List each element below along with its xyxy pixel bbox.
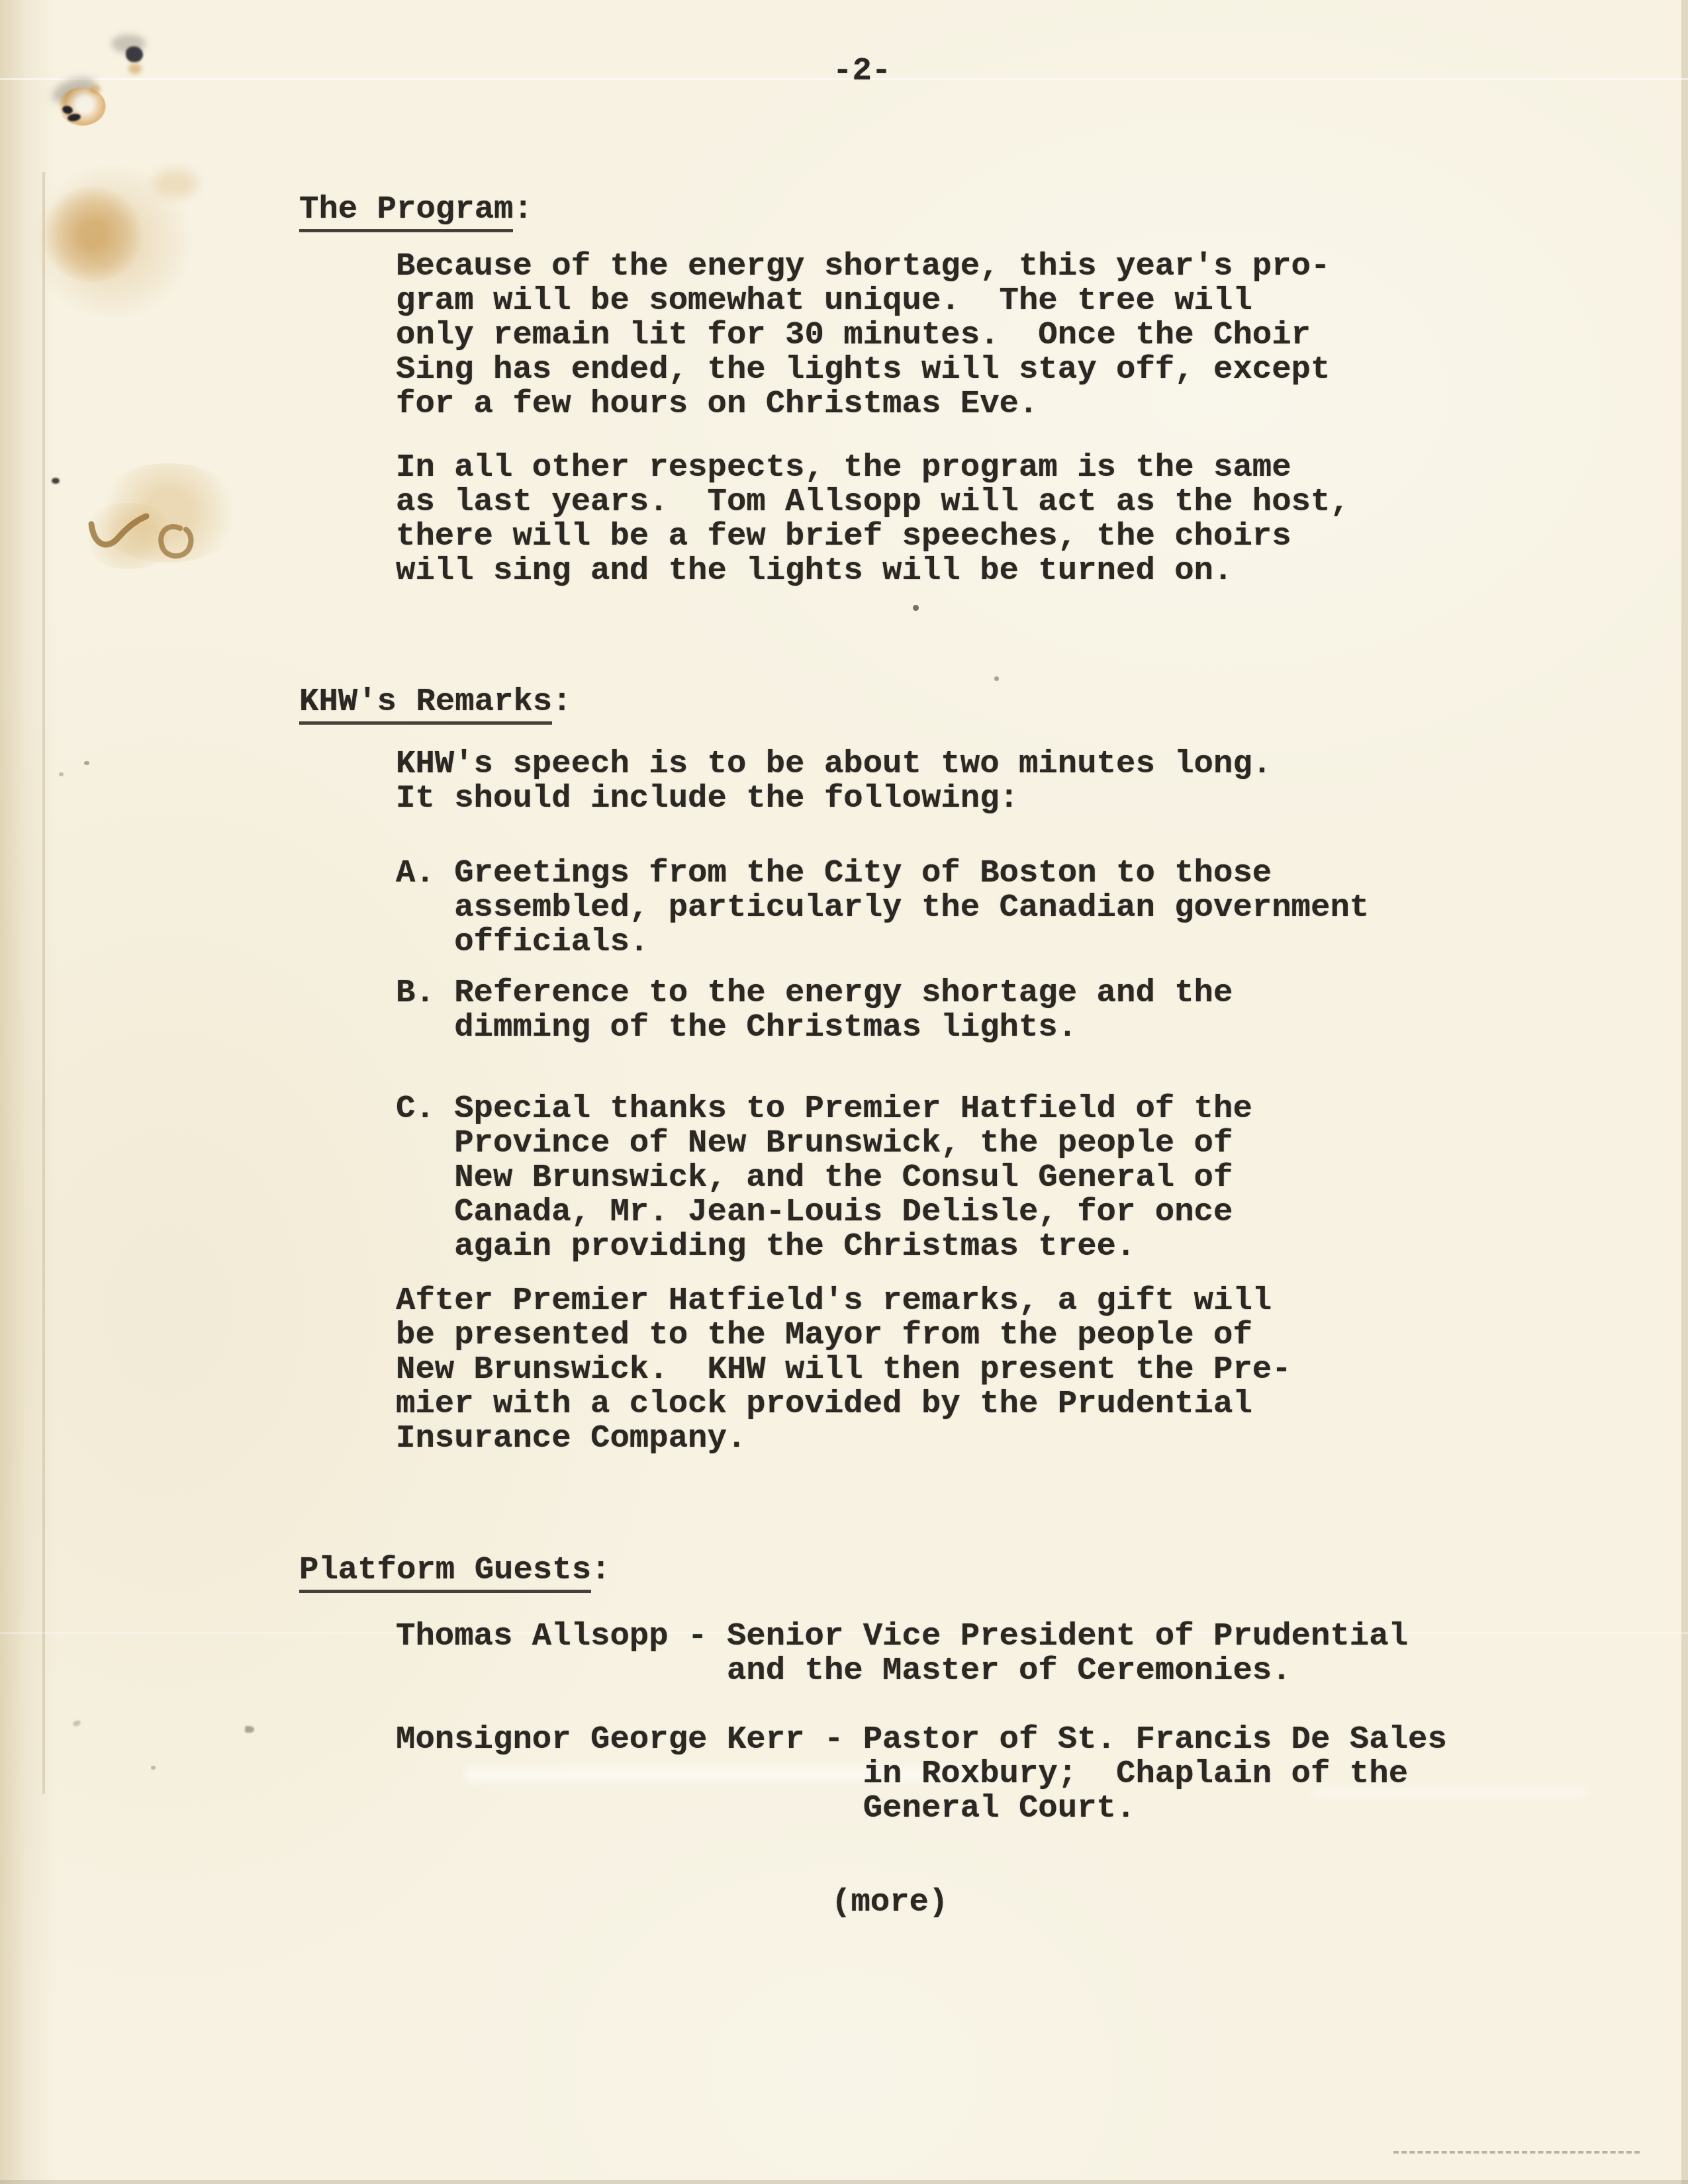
- heading-underlined-text: The Program: [299, 191, 513, 232]
- scan-edge-streak: [42, 172, 45, 1794]
- section-heading-program: The Program:: [299, 192, 533, 226]
- heading-underlined-text: Platform Guests: [299, 1551, 591, 1593]
- heading-colon: :: [591, 1551, 610, 1588]
- guest-entry-thomas-allsopp: Thomas Allsopp - Senior Vice President o…: [396, 1619, 1408, 1688]
- paragraph-khw-intro: KHW's speech is to be about two minutes …: [396, 747, 1272, 815]
- scan-edge-right: [1681, 0, 1688, 2184]
- pencil-mark: [245, 1726, 254, 1733]
- scanned-memo-page: -2- The Program: Because of the energy s…: [0, 0, 1688, 2184]
- stain-speck: [52, 478, 60, 484]
- guest-entry-monsignor-kerr: Monsignor George Kerr - Pastor of St. Fr…: [396, 1722, 1447, 1825]
- dashed-pencil-line: [1393, 2151, 1640, 2154]
- ink-speck: [84, 761, 89, 765]
- list-item-a: A. Greetings from the City of Boston to …: [396, 856, 1369, 959]
- list-item-c: C. Special thanks to Premier Hatfield of…: [396, 1091, 1252, 1263]
- paragraph-khw-closing: After Premier Hatfield's remarks, a gift…: [396, 1283, 1291, 1455]
- stain-speck: [126, 46, 143, 62]
- section-heading-platform-guests: Platform Guests:: [299, 1553, 610, 1587]
- heading-underlined-text: KHW's Remarks: [299, 683, 552, 725]
- stain-dot: [128, 64, 142, 74]
- pencil-mark: [72, 1719, 81, 1727]
- ink-speck: [151, 1766, 156, 1770]
- scan-edge-bottom: [0, 2180, 1688, 2184]
- stain-dot: [90, 85, 101, 94]
- heading-colon: :: [513, 191, 532, 228]
- heading-colon: :: [552, 683, 571, 720]
- list-item-b: B. Reference to the energy shortage and …: [396, 976, 1233, 1044]
- section-heading-khw-remarks: KHW's Remarks:: [299, 684, 572, 719]
- page-number: -2-: [833, 54, 891, 88]
- ink-speck: [913, 605, 919, 611]
- ink-speck: [59, 772, 64, 776]
- scan-edge-left: [0, 0, 56, 2184]
- paragraph-program-2: In all other respects, the program is th…: [396, 450, 1350, 588]
- ink-speck: [994, 676, 999, 681]
- more-indicator: (more): [831, 1885, 948, 1919]
- stain-large: [41, 187, 144, 283]
- paragraph-program-1: Because of the energy shortage, this yea…: [396, 249, 1330, 421]
- stain-curl-marks: [78, 495, 217, 581]
